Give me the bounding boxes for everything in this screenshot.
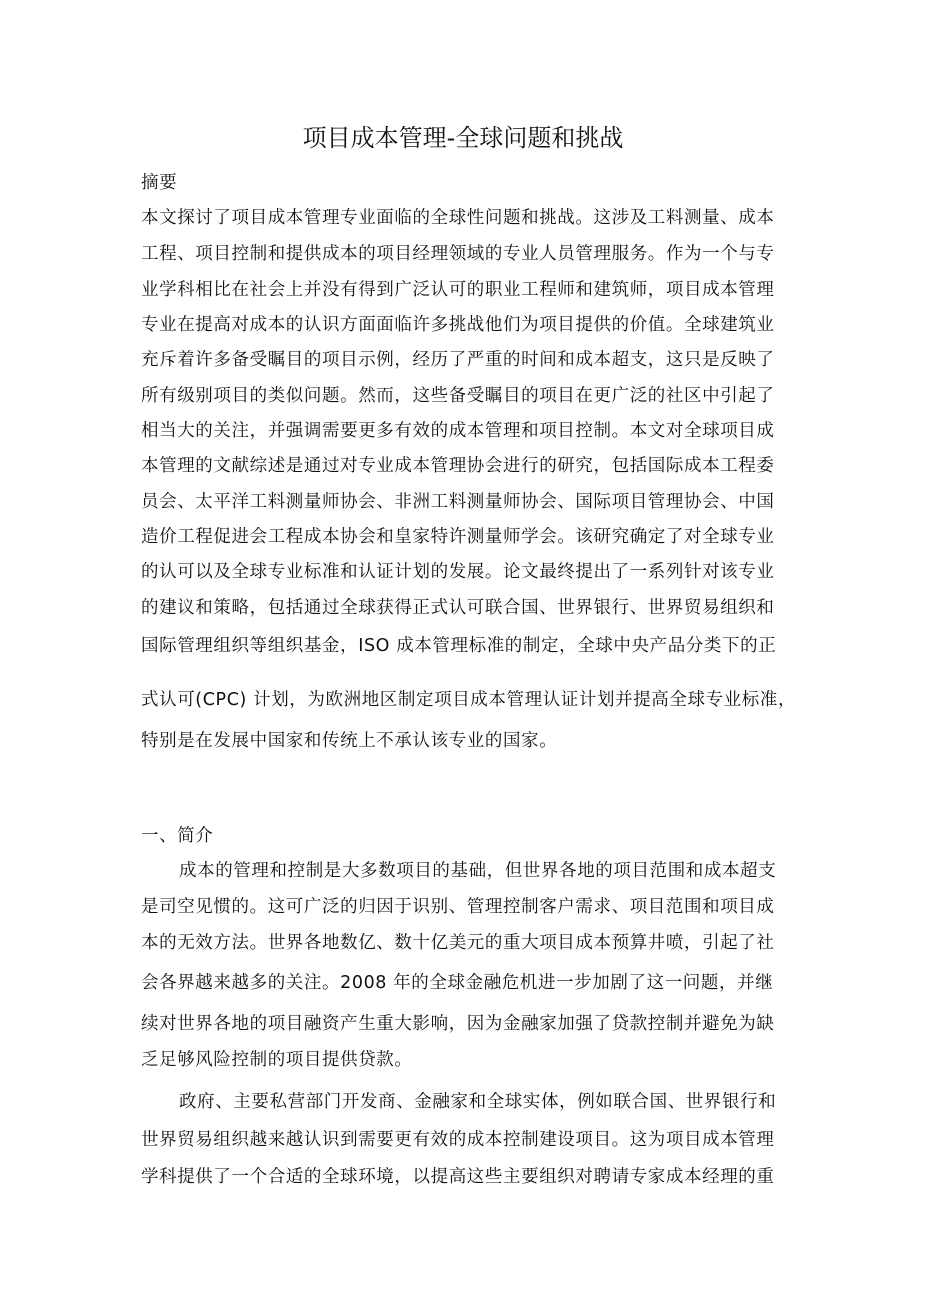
abstract-line: 本文探讨了项目成本管理专业面临的全球性问题和挑战。这涉及工料测量、成本 [141, 204, 775, 229]
abstract-line: 的认可以及全球专业标准和认证计划的发展。论文最终提出了一系列针对该专业 [141, 558, 775, 583]
body-line: 会各界越来越多的关注。2008 年的全球金融危机进一步加剧了这一问题，并继 [141, 969, 773, 994]
abstract-line: 的建议和策略，包括通过全球获得正式认可联合国、世界银行、世界贸易组织和 [141, 594, 775, 619]
abstract-line: 相当大的关注，并强调需要更多有效的成本管理和项目控制。本文对全球项目成 [141, 417, 775, 442]
body-line: 是司空见惯的。这可广泛的归因于识别、管理控制客户需求、项目范围和项目成 [141, 893, 775, 918]
abstract-line: 造价工程促进会工程成本协会和皇家特许测量师学会。该研究确定了对全球专业 [141, 523, 775, 548]
body-line: 本的无效方法。世界各地数亿、数十亿美元的重大项目成本预算井喷，引起了社 [141, 929, 775, 954]
abstract-line: 业学科相比在社会上并没有得到广泛认可的职业工程师和建筑师，项目成本管理 [141, 276, 775, 301]
abstract-heading: 摘要 [141, 169, 177, 194]
abstract-line: 式认可(CPC) 计划，为欧洲地区制定项目成本管理认证计划并提高全球专业标准， [141, 686, 796, 711]
abstract-line: 国际管理组织等组织基金，ISO 成本管理标准的制定，全球中央产品分类下的正 [141, 632, 776, 657]
abstract-line: 员会、太平洋工料测量师协会、非洲工料测量师协会、国际项目管理协会、中国 [141, 488, 775, 513]
document-title: 项目成本管理-全球问题和挑战 [0, 118, 926, 153]
abstract-line: 本管理的文献综述是通过对专业成本管理协会进行的研究，包括国际成本工程委 [141, 452, 775, 477]
section-heading-introduction: 一、简介 [141, 822, 213, 847]
abstract-line: 工程、项目控制和提供成本的项目经理领域的专业人员管理服务。作为一个与专 [141, 240, 775, 265]
body-line: 乏足够风险控制的项目提供贷款。 [141, 1046, 413, 1071]
body-line: 成本的管理和控制是大多数项目的基础，但世界各地的项目范围和成本超支 [179, 857, 776, 882]
abstract-line: 特别是在发展中国家和传统上不承认该专业的国家。 [141, 727, 557, 752]
body-line: 续对世界各地的项目融资产生重大影响，因为金融家加强了贷款控制并避免为缺 [141, 1010, 775, 1035]
abstract-line: 所有级别项目的类似问题。然而，这些备受瞩目的项目在更广泛的社区中引起了 [141, 382, 775, 407]
body-line: 世界贸易组织越来越认识到需要更有效的成本控制建设项目。这为项目成本管理 [141, 1126, 775, 1151]
body-line: 政府、主要私营部门开发商、金融家和全球实体，例如联合国、世界银行和 [179, 1088, 776, 1113]
abstract-line: 专业在提高对成本的认识方面面临许多挑战他们为项目提供的价值。全球建筑业 [141, 311, 775, 336]
abstract-line: 充斥着许多备受瞩目的项目示例，经历了严重的时间和成本超支，这只是反映了 [141, 346, 775, 371]
body-line: 学科提供了一个合适的全球环境，以提高这些主要组织对聘请专家成本经理的重 [141, 1163, 775, 1188]
